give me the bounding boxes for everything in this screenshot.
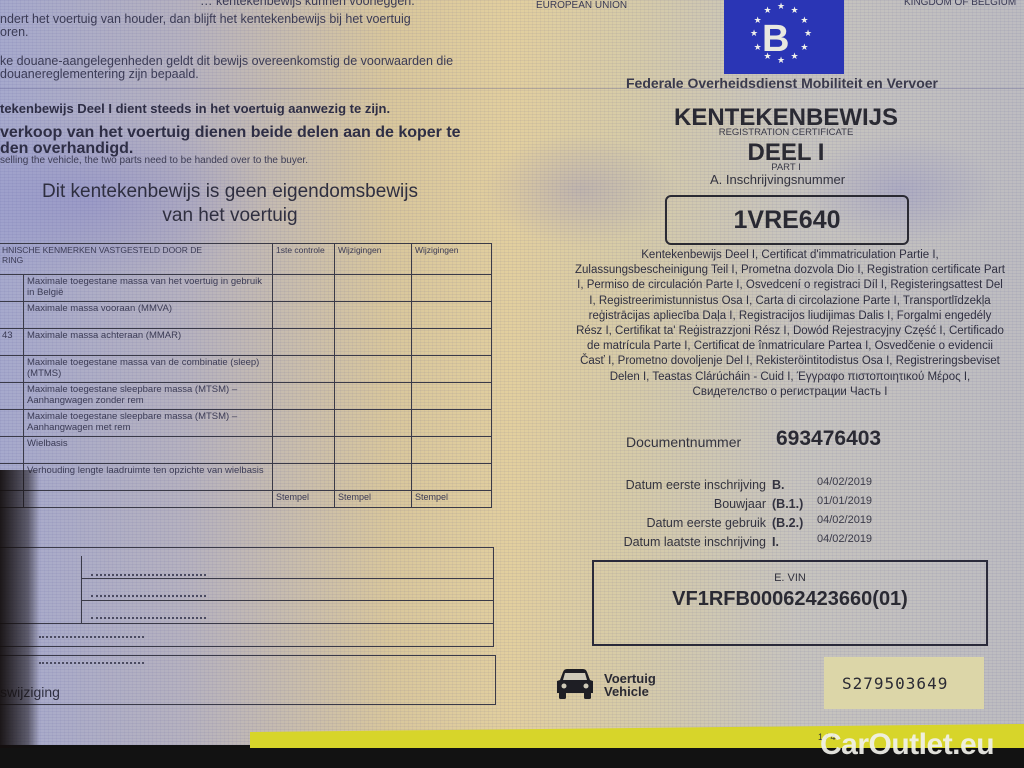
serial-number: S279503649 <box>842 674 948 693</box>
row-changes-1 <box>335 329 412 356</box>
rule-line <box>0 623 493 624</box>
row-first-check <box>273 275 335 302</box>
star-icon: ★ <box>777 1 785 12</box>
header-changes-2: Wijzigingen <box>412 244 492 275</box>
rule-line <box>81 600 493 601</box>
row-number <box>0 410 24 437</box>
eu-belgium-flag: B ★★★★★★★★★★★★ <box>724 0 844 74</box>
signature-inner-box <box>81 556 494 623</box>
note-line-1a: ndert het voertuig van houder, dan blijf… <box>0 12 411 26</box>
note-line-0: … kentekenbewijs kunnen voorleggen. <box>200 0 415 8</box>
row-changes-2 <box>412 437 492 464</box>
car-icon <box>555 668 595 700</box>
certificate-title-en: REGISTRATION CERTIFICATE <box>636 127 936 138</box>
document-number-label: Documentnummer <box>626 434 741 450</box>
change-box <box>0 655 496 705</box>
star-icon: ★ <box>800 42 808 53</box>
date-value: 01/01/2019 <box>817 495 872 507</box>
row-changes-2 <box>412 464 492 491</box>
note-line-3: tekenbewijs Deel I dient steeds in het v… <box>0 101 390 116</box>
star-icon: ★ <box>754 42 762 53</box>
row-label: Maximale massa vooraan (MMVA) <box>24 302 273 329</box>
table-row: Wielbasis <box>0 437 492 464</box>
ownership-disclaimer: Dit kentekenbewijs is geen eigendomsbewi… <box>0 180 460 228</box>
dotted-line <box>91 595 206 597</box>
row-changes-2 <box>412 356 492 383</box>
multilingual-names: Kentekenbewijs Deel I, Certificat d'imma… <box>575 248 1005 400</box>
note-line-2a: ke douane-aangelegenheden geldt dit bewi… <box>0 54 453 68</box>
rule-line <box>81 578 493 579</box>
row-first-check <box>273 329 335 356</box>
star-icon: ★ <box>804 28 812 39</box>
star-icon: ★ <box>764 5 772 16</box>
row-number <box>0 383 24 410</box>
star-icon: ★ <box>754 15 762 26</box>
row-number <box>0 356 24 383</box>
vin-value: VF1RFB00062423660(01) <box>594 588 986 611</box>
table-row: Maximale toegestane sleepbare massa (MTS… <box>0 410 492 437</box>
date-value: 04/02/2019 <box>817 514 872 526</box>
header-first-check: 1ste controle <box>273 244 335 275</box>
table-row: Maximale massa vooraan (MMVA) <box>0 302 492 329</box>
vin-label: E. VIN <box>594 572 986 584</box>
row-changes-2 <box>412 383 492 410</box>
caroutlet-watermark: CarOutlet.eu <box>820 728 994 762</box>
vin-box: E. VIN VF1RFB00062423660(01) <box>592 560 988 646</box>
star-icon: ★ <box>777 55 785 66</box>
row-changes-1 <box>335 437 412 464</box>
kingdom-label: KINGDOM OF BELGIUM <box>904 0 1016 8</box>
row-changes-1 <box>335 302 412 329</box>
star-icon: ★ <box>791 5 799 16</box>
row-changes-2 <box>412 302 492 329</box>
disclaimer-line-2: van het voertuig <box>0 204 460 228</box>
table-header-row: HNISCHE KENMERKEN VASTGESTELD DOOR DE RI… <box>0 244 492 275</box>
row-label: Maximale toegestane sleepbare massa (MTS… <box>24 410 273 437</box>
row-number <box>0 275 24 302</box>
row-number <box>0 437 24 464</box>
table-row: Maximale toegestane massa van de combina… <box>0 356 492 383</box>
registration-number: 1VRE640 <box>733 206 840 234</box>
date-value: 04/02/2019 <box>817 533 872 545</box>
row-label: Maximale toegestane sleepbare massa (MTS… <box>24 383 273 410</box>
header-label-line-2: RING <box>2 255 269 265</box>
note-line-5: selling the vehicle, the two parts need … <box>0 155 308 166</box>
table-row: Maximale toegestane massa van het voertu… <box>0 275 492 302</box>
row-label: Maximale toegestane massa van het voertu… <box>24 275 273 302</box>
stamp-row: Stempel Stempel Stempel <box>0 491 492 508</box>
row-label: Wielbasis <box>24 437 273 464</box>
finger-shadow <box>0 470 40 768</box>
vehicle-label-en: Vehicle <box>604 686 649 698</box>
note-line-4a: verkoop van het voertuig dienen beide de… <box>0 124 461 141</box>
date-label: Datum eerste gebruik <box>566 516 766 530</box>
reg-number-label: A. Inschrijvingsnummer <box>710 172 845 187</box>
signature-lines-box <box>0 547 494 647</box>
dotted-line <box>39 636 144 638</box>
stamp-cell-1: Stempel <box>273 491 335 508</box>
date-label: Bouwjaar <box>566 497 766 511</box>
row-changes-2 <box>412 329 492 356</box>
header-changes-1: Wijzigingen <box>335 244 412 275</box>
note-line-2b: douanereglementering zijn bepaald. <box>0 67 199 81</box>
row-label: Maximale massa achteraan (MMAR) <box>24 329 273 356</box>
table-row: 43Maximale massa achteraan (MMAR) <box>0 329 492 356</box>
row-first-check <box>273 464 335 491</box>
agency-name: Federale Overheidsdienst Mobiliteit en V… <box>626 75 938 91</box>
row-first-check <box>273 356 335 383</box>
row-first-check <box>273 437 335 464</box>
date-label: Datum laatste inschrijving <box>566 535 766 549</box>
table-row: Maximale toegestane sleepbare massa (MTS… <box>0 383 492 410</box>
note-line-1b: oren. <box>0 25 29 39</box>
stamp-cell-3: Stempel <box>412 491 492 508</box>
technical-characteristics-table: HNISCHE KENMERKEN VASTGESTELD DOOR DE RI… <box>0 243 492 508</box>
row-changes-2 <box>412 275 492 302</box>
row-number: 43 <box>0 329 24 356</box>
table-header-label: HNISCHE KENMERKEN VASTGESTELD DOOR DE RI… <box>0 244 273 275</box>
star-icon: ★ <box>791 51 799 62</box>
row-first-check <box>273 302 335 329</box>
row-number <box>0 302 24 329</box>
european-union-label: EUROPEAN UNION <box>536 0 627 11</box>
row-changes-1 <box>335 383 412 410</box>
star-icon: ★ <box>764 51 772 62</box>
row-first-check <box>273 410 335 437</box>
date-code: (B.1.) <box>772 497 803 511</box>
registration-number-box: 1VRE640 <box>665 195 909 245</box>
row-changes-1 <box>335 356 412 383</box>
date-code: B. <box>772 478 785 492</box>
row-changes-1 <box>335 464 412 491</box>
date-code: (B.2.) <box>772 516 803 530</box>
row-first-check <box>273 383 335 410</box>
header-label-line-1: HNISCHE KENMERKEN VASTGESTELD DOOR DE <box>2 245 269 255</box>
stamp-empty-label <box>24 491 273 508</box>
row-label: Verhouding lengte laadruimte ten opzicht… <box>24 464 273 491</box>
star-icon: ★ <box>800 15 808 26</box>
row-changes-1 <box>335 410 412 437</box>
row-label: Maximale toegestane massa van de combina… <box>24 356 273 383</box>
dotted-line <box>91 617 206 619</box>
table-row: Verhouding lengte laadruimte ten opzicht… <box>0 464 492 491</box>
disclaimer-line-1: Dit kentekenbewijs is geen eigendomsbewi… <box>0 180 460 204</box>
star-icon: ★ <box>750 28 758 39</box>
dotted-line <box>91 574 206 576</box>
row-changes-1 <box>335 275 412 302</box>
date-value: 04/02/2019 <box>817 476 872 488</box>
row-changes-2 <box>412 410 492 437</box>
document-number: 693476403 <box>776 427 881 451</box>
date-code: I. <box>772 535 779 549</box>
serial-number-box: S279503649 <box>824 657 984 709</box>
stamp-cell-2: Stempel <box>335 491 412 508</box>
dotted-line <box>39 662 144 664</box>
date-label: Datum eerste inschrijving <box>566 478 766 492</box>
